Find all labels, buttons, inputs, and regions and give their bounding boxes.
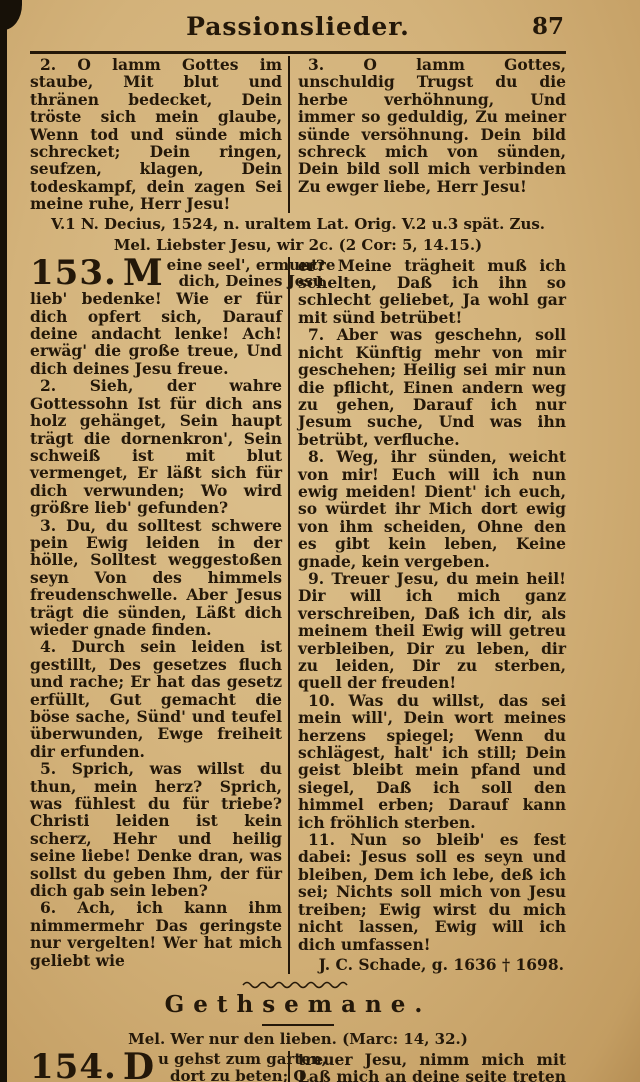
hymn-154-melody-line: Mel. Wer nur den lieben. (Marc: 14, 32.): [30, 1030, 566, 1048]
hymn-153-left-column: 153. M eine seel', ermuntre dich, Deines…: [30, 257, 288, 974]
previous-hymn-verse-2: 2. O lamm Gottes im staube, Mit blut und…: [30, 56, 282, 213]
hymn-153-right-column: er? Meine trägheit muß ich schelten, Daß…: [288, 257, 566, 974]
header-rule: [30, 51, 566, 54]
previous-hymn-columns: 2. O lamm Gottes im staube, Mit blut und…: [30, 56, 566, 213]
page-title: Passionslieder.: [30, 12, 566, 41]
hymn-153-dropcap: M: [123, 257, 163, 289]
hymn-153-verse-10: 10. Was du willst, das sei mein will', D…: [298, 692, 566, 831]
hymn-153-melody-line: Mel. Liebster Jesu, wir 2c. (2 Cor: 5, 1…: [30, 236, 566, 254]
hymn-153-verse-2: 2. Sieh, der wahre Gottessohn Ist für di…: [30, 377, 282, 516]
hymn-153-number: 153.: [30, 257, 117, 290]
page-number: 87: [532, 13, 564, 40]
hymn-153-verse-6-continuation: er? Meine trägheit muß ich schelten, Daß…: [298, 257, 566, 327]
previous-hymn-left-column: 2. O lamm Gottes im staube, Mit blut und…: [30, 56, 288, 213]
previous-hymn-verse-3: 3. O lamm Gottes, unschuldig Trugst du d…: [298, 56, 566, 195]
wavy-rule-ornament: [242, 980, 354, 989]
page-header: Passionslieder. 87: [30, 12, 566, 46]
section-title-gethsemane: Gethsemane.: [30, 991, 566, 1018]
hymn-153-verse-1-rest: lieb' bedenke! Wie er für dich opfert si…: [30, 290, 282, 377]
hymn-154-right-column: treuer Jesu, nimm mich mit Laß mich an d…: [288, 1051, 566, 1082]
hymn-154-columns: 154. D u gehst zum garten, dort zu beten…: [30, 1051, 566, 1082]
hymn-153-verse-6-start: 6. Ach, ich kann ihm nimmermehr Das geri…: [30, 899, 282, 969]
hymn-153-verse-8: 8. Weg, ihr sünden, weicht von mir! Euch…: [298, 448, 566, 570]
hymn-153-opener: 153. M eine seel', ermuntre dich, Deines…: [30, 257, 282, 291]
hymn-153-verse-4: 4. Durch sein leiden ist gestillt, Des g…: [30, 638, 282, 760]
hymn-153-verse-11: 11. Nun so bleib' es fest dabei: Jesus s…: [298, 831, 566, 953]
scan-corner-shadow: [0, 0, 22, 30]
hymn-153-attribution: J. C. Schade, g. 1636 † 1698.: [298, 955, 564, 974]
hymn-154-continuation-line-1: treuer Jesu, nimm mich mit: [298, 1051, 566, 1068]
hymn-153-verse-3: 3. Du, du solltest schwere pein Ewig lei…: [30, 517, 282, 639]
book-page-scan: Passionslieder. 87 2. O lamm Gottes im s…: [0, 0, 640, 1082]
section-title-rule: [262, 1024, 334, 1026]
scan-gutter-edge: [0, 0, 7, 1082]
hymn-154-continuation-line-2: Laß mich an deine seite treten: [298, 1068, 566, 1082]
hymn-154-left-column: 154. D u gehst zum garten, dort zu beten…: [30, 1051, 288, 1082]
hymn-154-opener: 154. D u gehst zum garten, dort zu beten…: [30, 1051, 282, 1082]
hymn-153-columns: 153. M eine seel', ermuntre dich, Deines…: [30, 257, 566, 974]
previous-hymn-attribution: V.1 N. Decius, 1524, n. uraltem Lat. Ori…: [30, 215, 566, 233]
hymn-154-number: 154.: [30, 1051, 117, 1082]
hymn-153-verse-5: 5. Sprich, was willst du thun, mein herz…: [30, 760, 282, 899]
hymn-154-dropcap: D: [123, 1051, 154, 1082]
page-content: Passionslieder. 87 2. O lamm Gottes im s…: [30, 12, 566, 1082]
hymn-153-verse-7: 7. Aber was geschehn, soll nicht Künftig…: [298, 326, 566, 448]
hymn-153-verse-9: 9. Treuer Jesu, du mein heil! Dir will i…: [298, 570, 566, 692]
previous-hymn-right-column: 3. O lamm Gottes, unschuldig Trugst du d…: [288, 56, 566, 213]
